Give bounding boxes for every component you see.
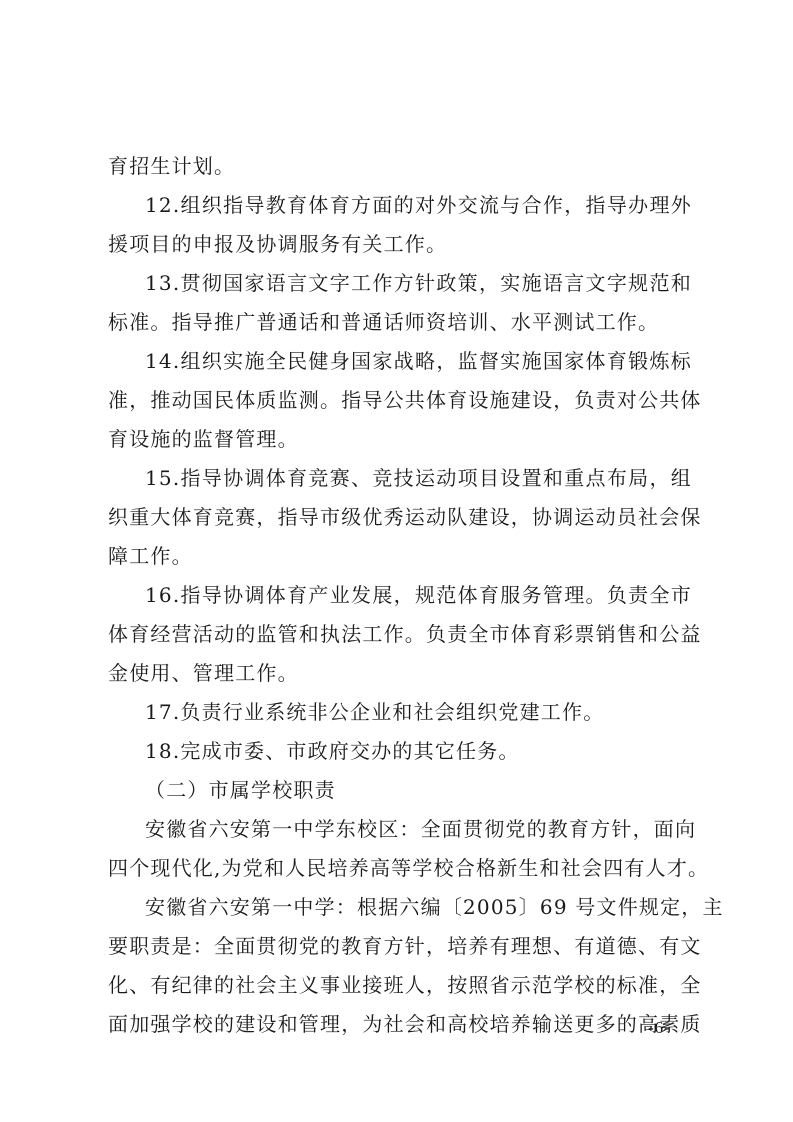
text-line: 标准。指导推广普通话和普通话师资培训、水平测试工作。 xyxy=(108,303,692,342)
text-line: （二）市属学校职责 xyxy=(108,771,692,810)
text-line: 援项目的申报及协调服务有关工作。 xyxy=(108,225,692,264)
text-line: 育设施的监督管理。 xyxy=(108,420,692,459)
text-line: 障工作。 xyxy=(108,537,692,576)
text-line: 体育经营活动的监管和执法工作。负责全市体育彩票销售和公益 xyxy=(108,615,692,654)
text-line: 织重大体育竞赛，指导市级优秀运动队建设，协调运动员社会保 xyxy=(108,498,692,537)
text-line: 13.贯彻国家语言文字工作方针政策，实施语言文字规范和 xyxy=(108,264,692,303)
text-line: 金使用、管理工作。 xyxy=(108,654,692,693)
document-body: 育招生计划。12.组织指导教育体育方面的对外交流与合作，指导办理外援项目的申报及… xyxy=(108,147,692,1044)
text-line: 17.负责行业系统非公企业和社会组织党建工作。 xyxy=(108,693,692,732)
text-line: 安徽省六安第一中学：根据六编〔2005〕69 号文件规定，主 xyxy=(108,888,692,927)
text-line: 育招生计划。 xyxy=(108,147,692,186)
text-line: 18.完成市委、市政府交办的其它任务。 xyxy=(108,732,692,771)
text-line: 15.指导协调体育竞赛、竞技运动项目设置和重点布局，组 xyxy=(108,459,692,498)
text-line: 准，推动国民体质监测。指导公共体育设施建设，负责对公共体 xyxy=(108,381,692,420)
text-line: 安徽省六安第一中学东校区：全面贯彻党的教育方针，面向 xyxy=(108,810,692,849)
text-line: 12.组织指导教育体育方面的对外交流与合作，指导办理外 xyxy=(108,186,692,225)
text-line: 化、有纪律的社会主义事业接班人，按照省示范学校的标准，全 xyxy=(108,966,692,1005)
text-line: 面加强学校的建设和管理，为社会和高校培养输送更多的高素质 xyxy=(108,1005,692,1044)
text-line: 14.组织实施全民健身国家战略，监督实施国家体育锻炼标 xyxy=(108,342,692,381)
text-line: 要职责是：全面贯彻党的教育方针，培养有理想、有道德、有文 xyxy=(108,927,692,966)
text-line: 四个现代化,为党和人民培养高等学校合格新生和社会四有人才。 xyxy=(108,849,692,888)
text-line: 16.指导协调体育产业发展，规范体育服务管理。负责全市 xyxy=(108,576,692,615)
page-number: -6- xyxy=(648,1018,671,1038)
